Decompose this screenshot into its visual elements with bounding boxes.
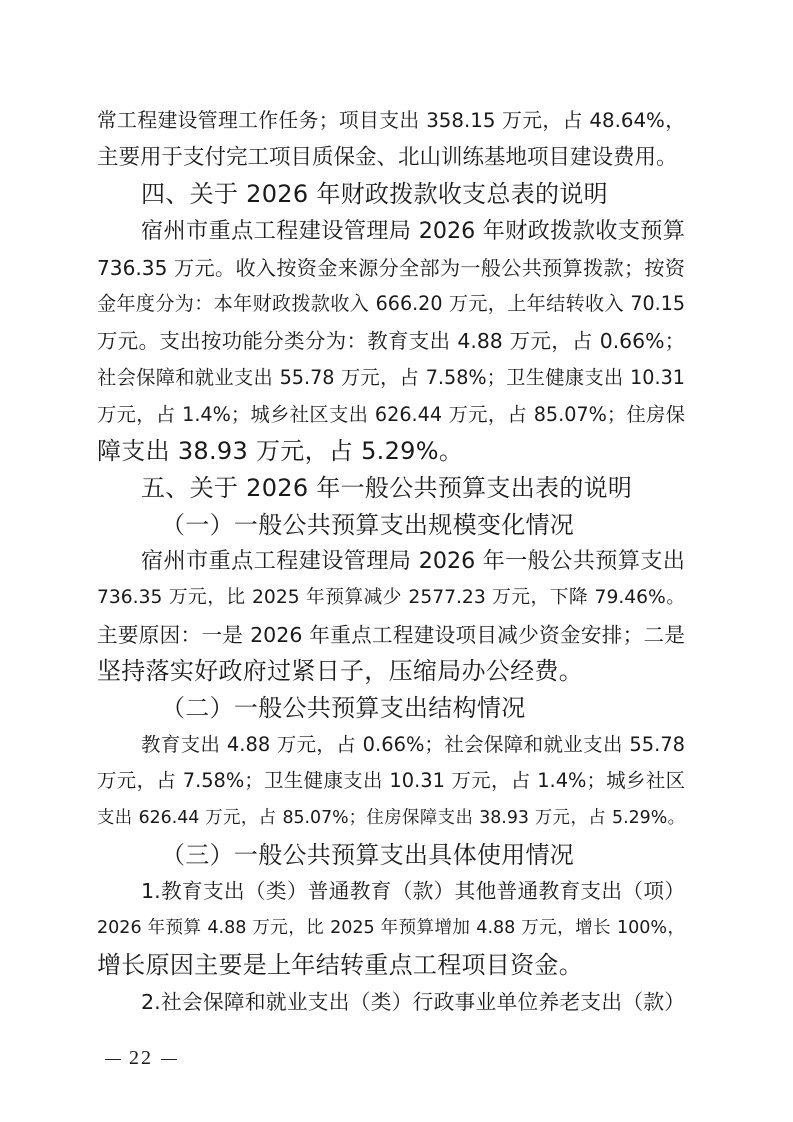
text-line: 1.教育支出（类）普通教育（款）其他普通教育支出（项） <box>97 873 685 910</box>
text-line: 万元，占 7.58%；卫生健康支出 10.31 万元，占 1.4%；城乡社区 <box>97 763 685 800</box>
text-line: 2.社会保障和就业支出（类）行政事业单位养老支出（款） <box>97 984 685 1021</box>
text-line: 主要原因：一是 2026 年重点工程建设项目减少资金安排；二是 <box>97 617 685 654</box>
subheading-1: （一）一般公共预算支出规模变化情况 <box>97 507 685 544</box>
page-number: 22 <box>97 1047 185 1070</box>
text-line: 万元。支出按功能分类分为：教育支出 4.88 万元，占 0.66%； <box>97 323 685 360</box>
text-line: 障支出 38.93 万元，占 5.29%。 <box>97 433 685 470</box>
dash-left-icon <box>105 1059 121 1060</box>
text-line: 社会保障和就业支出 55.78 万元，占 7.58%；卫生健康支出 10.31 <box>97 360 685 397</box>
text-line: 支出 626.44 万元，占 85.07%；住房保障支出 38.93 万元，占 … <box>97 800 685 837</box>
document-body: 常工程建设管理工作任务；项目支出 358.15 万元，占 48.64%， 主要用… <box>97 103 685 1020</box>
text-line: 2026 年预算 4.88 万元，比 2025 年预算增加 4.88 万元，增长… <box>97 910 685 947</box>
text-line: 万元，占 1.4%；城乡社区支出 626.44 万元，占 85.07%；住房保 <box>97 397 685 434</box>
text-line: 增长原因主要是上年结转重点工程项目资金。 <box>97 947 685 984</box>
text-line: 金年度分为：本年财政拨款收入 666.20 万元，上年结转收入 70.15 <box>97 286 685 323</box>
text-line: 常工程建设管理工作任务；项目支出 358.15 万元，占 48.64%， <box>97 103 685 140</box>
text-line: 教育支出 4.88 万元，占 0.66%；社会保障和就业支出 55.78 <box>97 727 685 764</box>
document-page: 常工程建设管理工作任务；项目支出 358.15 万元，占 48.64%， 主要用… <box>0 0 793 1122</box>
text-line: 坚持落实好政府过紧日子，压缩局办公经费。 <box>97 653 685 690</box>
page-number-value: 22 <box>129 1047 153 1069</box>
text-line: 736.35 万元，比 2025 年预算减少 2577.23 万元，下降 79.… <box>97 580 685 617</box>
section-heading-4: 四、关于 2026 年财政拨款收支总表的说明 <box>97 176 685 213</box>
subheading-2: （二）一般公共预算支出结构情况 <box>97 690 685 727</box>
text-line: 主要用于支付完工项目质保金、北山训练基地项目建设费用。 <box>97 140 685 177</box>
dash-right-icon <box>161 1059 177 1060</box>
text-line: 宿州市重点工程建设管理局 2026 年一般公共预算支出 <box>97 543 685 580</box>
subheading-3: （三）一般公共预算支出具体使用情况 <box>97 837 685 874</box>
section-heading-5: 五、关于 2026 年一般公共预算支出表的说明 <box>97 470 685 507</box>
text-line: 736.35 万元。收入按资金来源分全部为一般公共预算拨款；按资 <box>97 250 685 287</box>
text-line: 宿州市重点工程建设管理局 2026 年财政拨款收支预算 <box>97 213 685 250</box>
